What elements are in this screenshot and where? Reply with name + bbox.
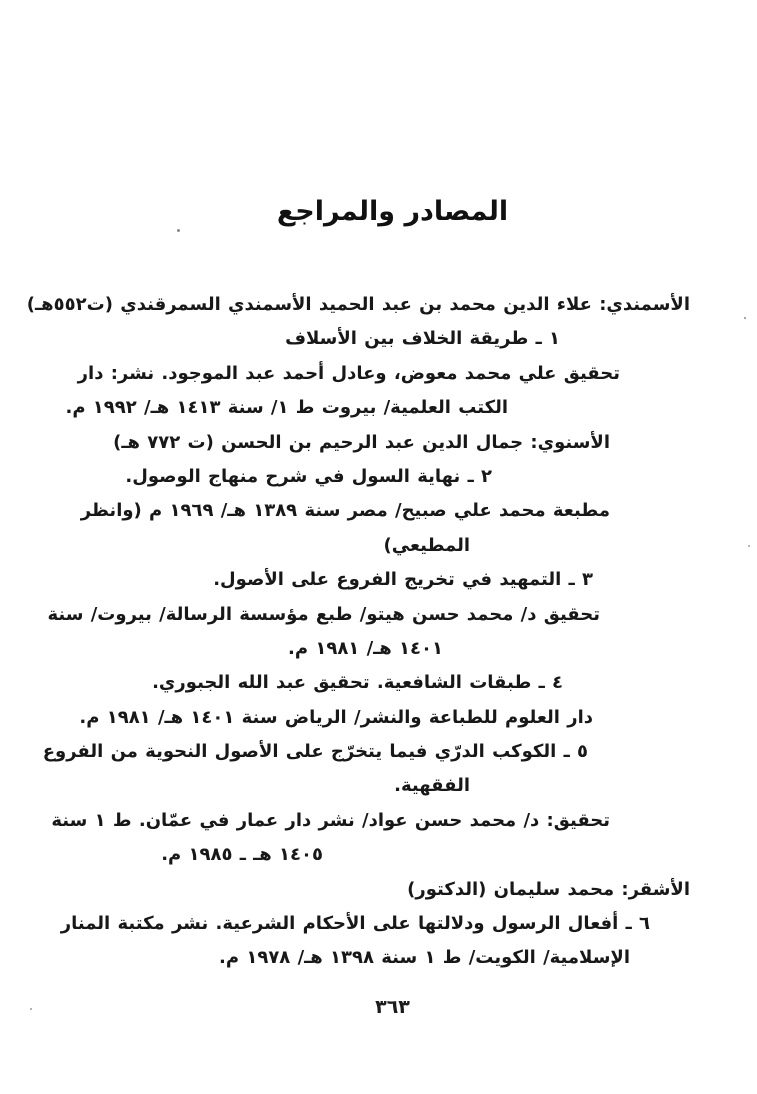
bib-publication-line: المطيعي) bbox=[0, 529, 690, 563]
scan-speck bbox=[744, 317, 746, 319]
bib-item-line: ٥ ـ الكوكب الدرّي فيما يتخرّج على الأصول… bbox=[0, 735, 690, 769]
bib-publication-line: دار العلوم للطباعة والنشر/ الرياض سنة ١٤… bbox=[0, 701, 690, 735]
bib-author-line: الأسنوي: جمال الدين عبد الرحيم بن الحسن … bbox=[0, 426, 690, 460]
bib-item-continuation-line: الإسلامية/ الكويت/ ط ١ سنة ١٣٩٨ هـ/ ١٩٧٨… bbox=[0, 941, 690, 975]
bib-item-line: ٤ ـ طبقات الشافعية. تحقيق عبد الله الجبو… bbox=[0, 666, 690, 700]
book-page: المصادر والمراجع الأسمندي: علاء الدين مح… bbox=[0, 0, 757, 1094]
bib-publication-line: الكتب العلمية/ بيروت ط ١/ سنة ١٤١٣ هـ/ ١… bbox=[0, 391, 690, 425]
bib-item-line: ٢ ـ نهاية السول في شرح منهاج الوصول. bbox=[0, 460, 690, 494]
scan-speck bbox=[30, 1008, 32, 1010]
bib-author-line: الأشقر: محمد سليمان (الدكتور) bbox=[0, 873, 690, 907]
bib-publication-line: تحقيق: د/ محمد حسن عواد/ نشر دار عمار في… bbox=[0, 804, 690, 838]
bib-publication-line: ١٤٠١ هـ/ ١٩٨١ م. bbox=[0, 632, 690, 666]
scan-speck bbox=[748, 545, 750, 547]
scan-speck bbox=[177, 229, 180, 232]
bib-item-line: ٦ ـ أفعال الرسول ودلالتها على الأحكام ال… bbox=[0, 907, 690, 941]
bibliography-list: الأسمندي: علاء الدين محمد بن عبد الحميد … bbox=[0, 288, 690, 976]
bib-publication-line: تحقيق علي محمد معوض، وعادل أحمد عبد المو… bbox=[0, 357, 690, 391]
bib-author-line: الأسمندي: علاء الدين محمد بن عبد الحميد … bbox=[0, 288, 690, 322]
page-title: المصادر والمراجع bbox=[95, 196, 690, 227]
bib-publication-line: مطبعة محمد علي صبيح/ مصر سنة ١٣٨٩ هـ/ ١٩… bbox=[0, 494, 690, 528]
page-number: ٣٦٣ bbox=[95, 996, 690, 1018]
bib-publication-line: تحقيق د/ محمد حسن هيتو/ طبع مؤسسة الرسال… bbox=[0, 598, 690, 632]
bib-publication-line: ١٤٠٥ هـ ـ ١٩٨٥ م. bbox=[0, 838, 690, 872]
bib-item-line: ١ ـ طريقة الخلاف بين الأسلاف bbox=[0, 322, 690, 356]
bib-item-continuation-line: الفقهية. bbox=[0, 769, 690, 803]
bib-item-line: ٣ ـ التمهيد في تخريج الفروع على الأصول. bbox=[0, 563, 690, 597]
